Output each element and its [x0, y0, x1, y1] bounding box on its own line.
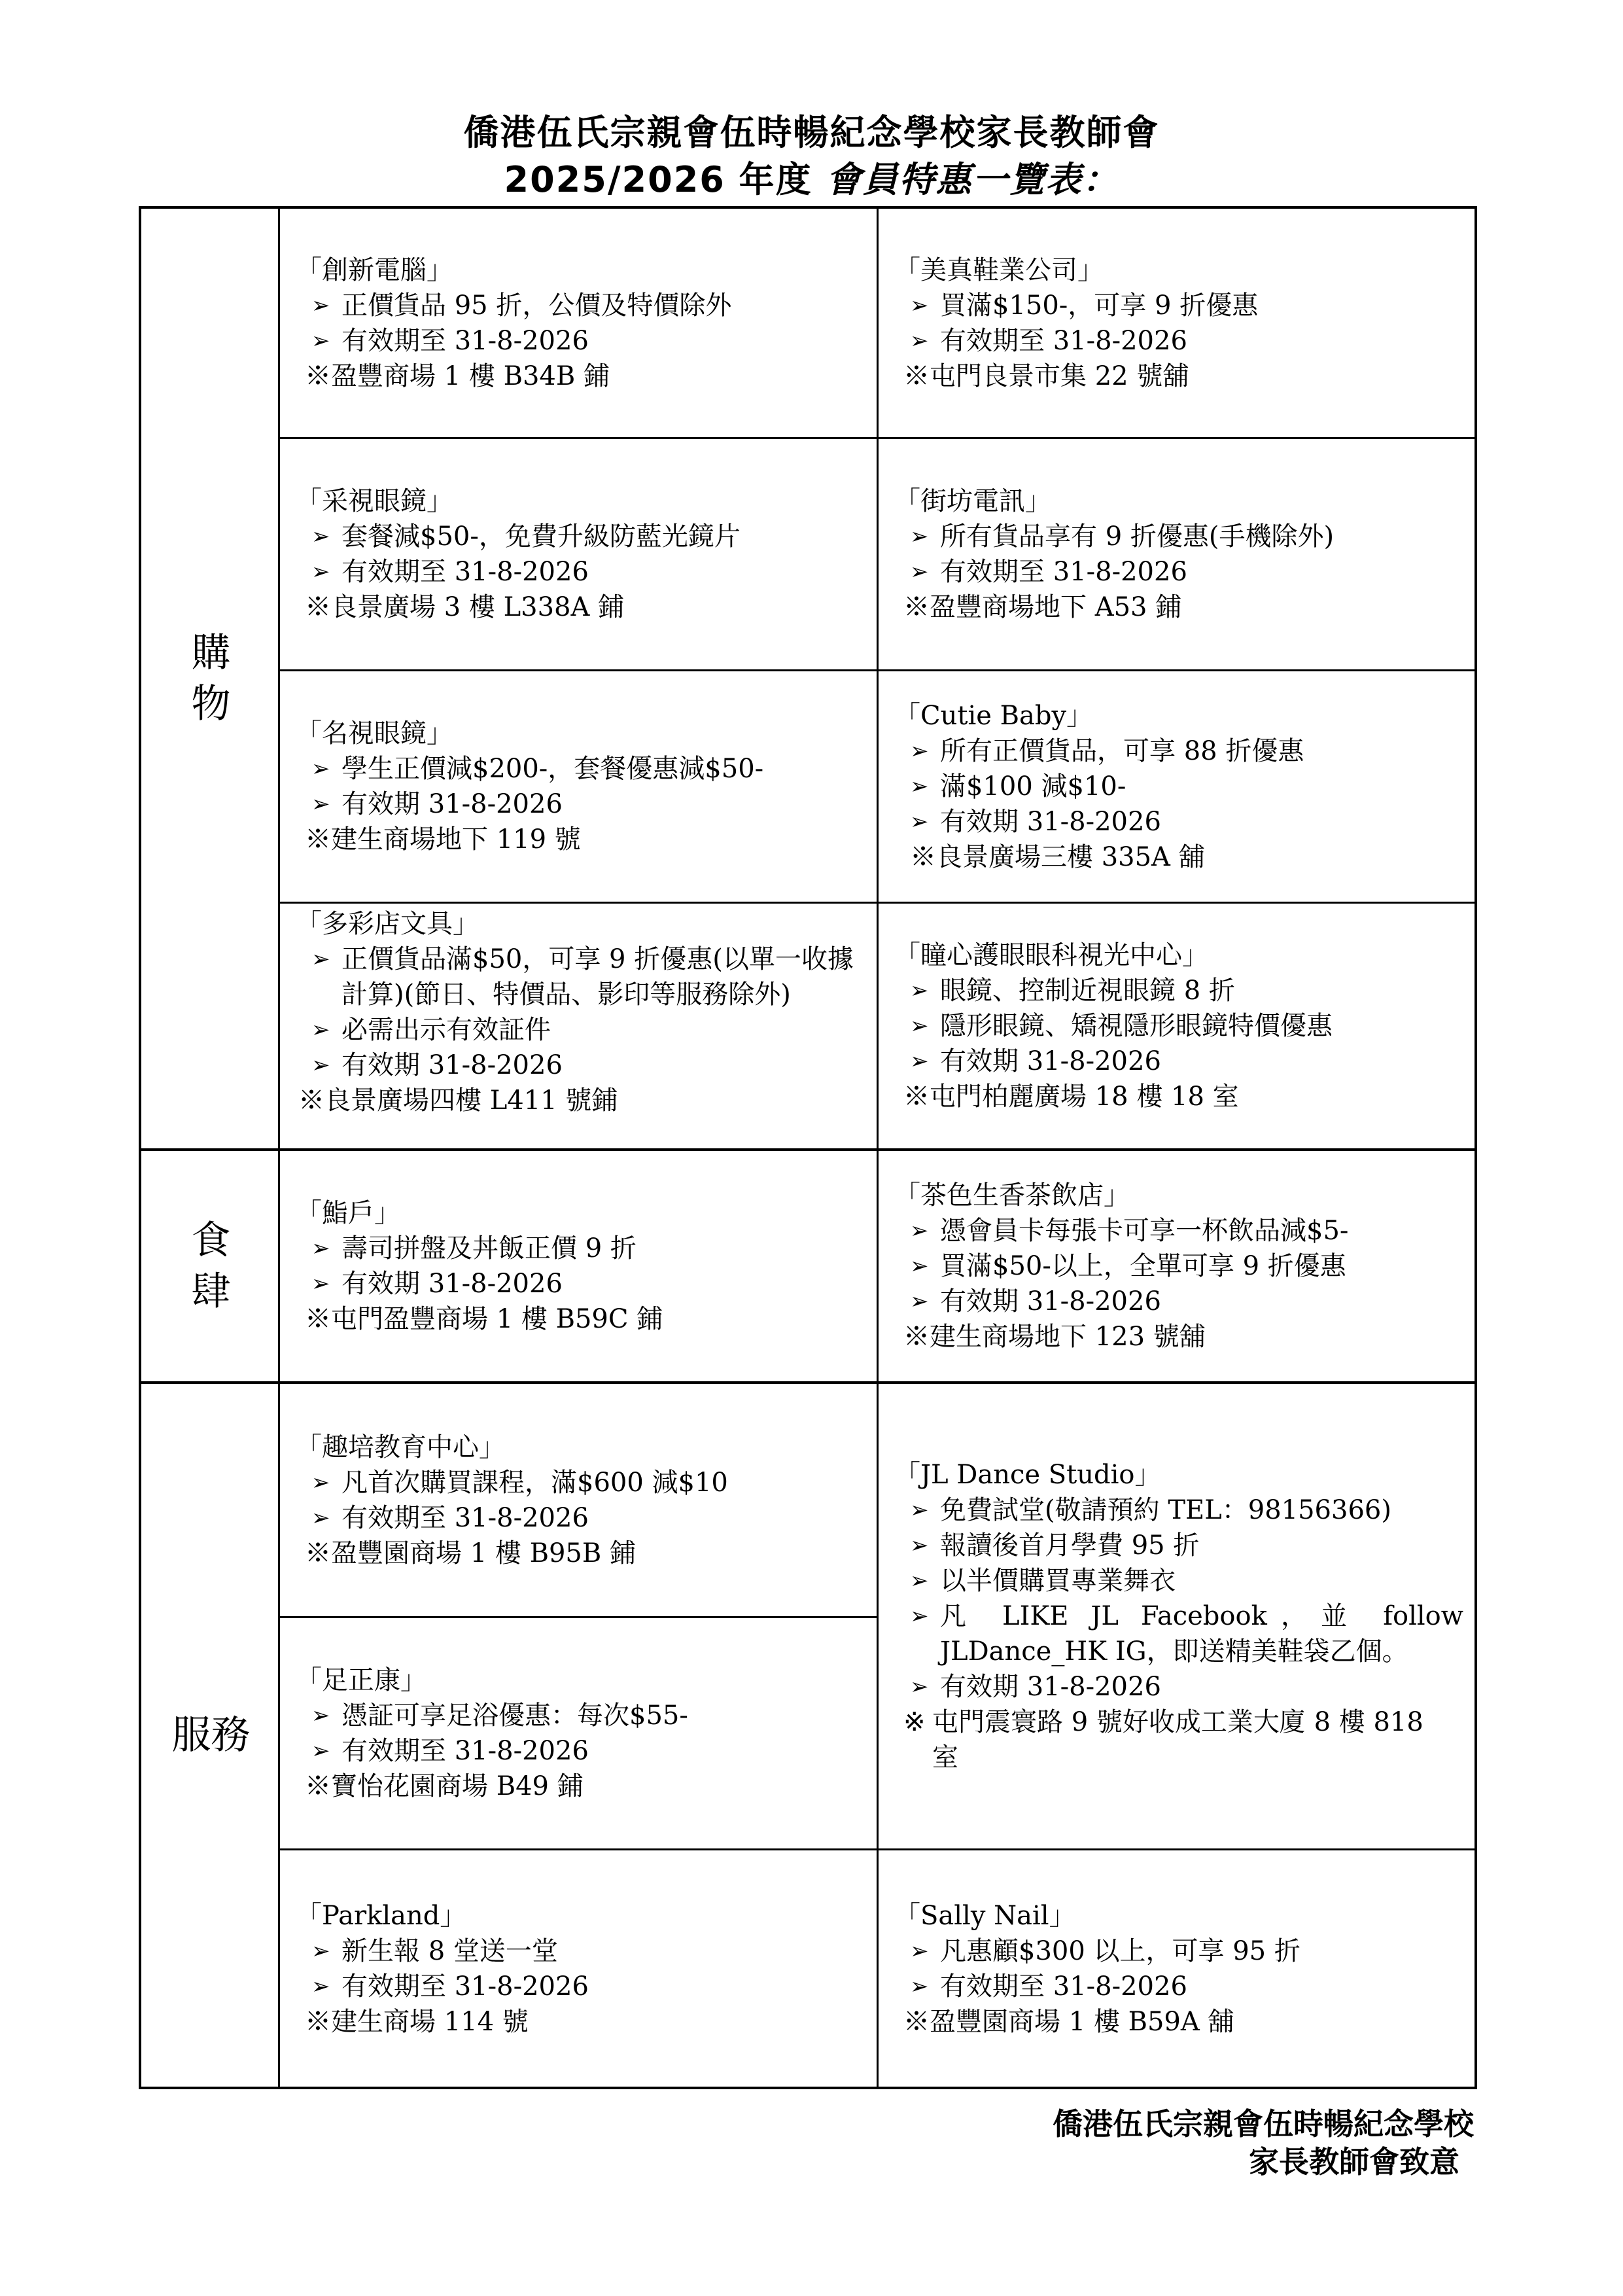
arrow-bullet-icon: ➢ — [302, 288, 341, 323]
arrow-bullet-icon: ➢ — [901, 1669, 940, 1704]
offer-detail: 新生報 8 堂送一堂 — [341, 1934, 558, 1969]
offer-validity: 有效期 31-8-2026 — [341, 786, 563, 822]
offer-detail: 買滿$50-以上，全單可享 9 折優惠 — [940, 1248, 1346, 1284]
arrow-bullet-icon: ➢ — [901, 1969, 940, 2004]
arrow-bullet-icon: ➢ — [302, 751, 341, 786]
arrow-bullet-icon: ➢ — [901, 973, 940, 1008]
offer-detail: 學生正價減$200-，套餐優惠減$50- — [341, 751, 763, 786]
offer-cell: 「Sally Nail」 ➢凡惠顧$300 以上，可享 95 折 ➢有效期至 3… — [879, 1850, 1477, 2087]
merchant-name: 「足正康」 — [296, 1663, 870, 1698]
offer-detail: 必需出示有效証件 — [341, 1012, 551, 1048]
merchant-location: 良景廣場三樓 335A 舖 — [936, 842, 1205, 872]
offer-cell: 「采視眼鏡」 ➢套餐減$50-，免費升級防藍光鏡片 ➢有效期至 31-8-202… — [280, 439, 877, 669]
offer-detail: 憑証可享足浴優惠：每次$55- — [341, 1698, 688, 1733]
offer-detail: 隱形眼鏡、矯視隱形眼鏡特價優惠 — [940, 1008, 1333, 1044]
offer-validity: 有效期至 31-8-2026 — [341, 323, 589, 359]
offer-validity: 有效期至 31-8-2026 — [940, 1969, 1187, 2004]
footer-school-name: 僑港伍氏宗親會伍時暢紀念學校 — [1053, 2100, 1474, 2144]
reference-mark-icon: ※ — [903, 592, 930, 622]
offer-validity: 有效期至 31-8-2026 — [341, 554, 589, 590]
arrow-bullet-icon: ➢ — [901, 1934, 940, 1969]
arrow-bullet-icon: ➢ — [302, 1012, 341, 1048]
merchant-name: 「Parkland」 — [296, 1898, 870, 1934]
reference-mark-icon: ※ — [910, 842, 936, 872]
arrow-bullet-icon: ➢ — [302, 554, 341, 590]
merchant-location: 屯門良景市集 22 號舖 — [930, 361, 1189, 391]
merchant-name: 「趣培教育中心」 — [296, 1430, 870, 1465]
offer-detail: 凡惠顧$300 以上，可享 95 折 — [940, 1934, 1300, 1969]
offer-detail: 買滿$150-，可享 9 折優惠 — [940, 288, 1258, 323]
category-food: 食肆 — [141, 1151, 281, 1381]
title-year: 2025/2026 年度 — [504, 159, 812, 200]
offer-cell: 「足正康」 ➢憑証可享足浴優惠：每次$55- ➢有效期至 31-8-2026 ※… — [280, 1618, 877, 1848]
merchant-location: 盈豐商場地下 A53 鋪 — [930, 592, 1181, 622]
reference-mark-icon: ※ — [305, 361, 331, 391]
offer-detail: 凡 LIKE JL Facebook，並 follow JLDance_HK I… — [940, 1598, 1463, 1669]
offer-validity: 有效期 31-8-2026 — [940, 1284, 1161, 1319]
merchant-name: 「瞳心護眼眼科視光中心」 — [894, 938, 1471, 973]
reference-mark-icon: ※ — [903, 1322, 930, 1352]
footer-regards: 家長教師會致意 — [1249, 2138, 1459, 2181]
offer-detail: 報讀後首月學費 95 折 — [940, 1528, 1199, 1563]
offer-cell: 「鮨戶」 ➢壽司拼盤及丼飯正價 9 折 ➢有效期 31-8-2026 ※屯門盈豐… — [280, 1151, 877, 1381]
offer-validity: 有效期 31-8-2026 — [341, 1048, 563, 1083]
arrow-bullet-icon: ➢ — [302, 1465, 341, 1500]
category-shopping: 購物 — [141, 209, 281, 1148]
offer-cell: 「多彩店文具」 ➢正價貨品滿$50，可享 9 折優惠(以單一收據計算)(節日、特… — [280, 904, 877, 1148]
arrow-bullet-icon: ➢ — [901, 554, 940, 590]
offer-cell: 「茶色生香茶飲店」 ➢憑會員卡每張卡可享一杯飲品減$5- ➢買滿$50-以上，全… — [879, 1151, 1477, 1381]
offer-cell: 「Parkland」 ➢新生報 8 堂送一堂 ➢有效期至 31-8-2026 ※… — [280, 1850, 877, 2087]
offer-cell: 「名視眼鏡」 ➢學生正價減$200-，套餐優惠減$50- ➢有效期 31-8-2… — [280, 671, 877, 902]
arrow-bullet-icon: ➢ — [901, 1284, 940, 1319]
arrow-bullet-icon: ➢ — [901, 1563, 940, 1598]
arrow-bullet-icon: ➢ — [901, 1008, 940, 1044]
reference-mark-icon: ※ — [903, 2007, 930, 2037]
arrow-bullet-icon: ➢ — [302, 1231, 341, 1266]
offer-detail: 套餐減$50-，免費升級防藍光鏡片 — [341, 519, 741, 554]
reference-mark-icon: ※ — [903, 361, 930, 391]
arrow-bullet-icon: ➢ — [302, 1500, 341, 1536]
arrow-bullet-icon: ➢ — [901, 769, 940, 804]
offer-detail: 滿$100 減$10- — [940, 769, 1126, 804]
offer-detail: 正價貨品 95 折，公價及特價除外 — [341, 288, 731, 323]
title-offers-list: 會員特惠一覽表： — [826, 159, 1119, 200]
reference-mark-icon: ※ — [305, 824, 331, 855]
offer-cell: 「創新電腦」 ➢正價貨品 95 折，公價及特價除外 ➢有效期至 31-8-202… — [280, 209, 877, 437]
arrow-bullet-icon: ➢ — [901, 1248, 940, 1284]
offer-validity: 有效期 31-8-2026 — [940, 1044, 1161, 1079]
arrow-bullet-icon: ➢ — [901, 1213, 940, 1248]
merchant-location: 盈豐園商場 1 樓 B95B 鋪 — [331, 1538, 636, 1568]
offer-detail: 所有正價貨品，可享 88 折優惠 — [940, 733, 1304, 769]
offer-validity: 有效期至 31-8-2026 — [341, 1500, 589, 1536]
merchant-location: 建生商場地下 119 號 — [331, 824, 581, 855]
merchant-name: 「JL Dance Studio」 — [894, 1457, 1471, 1492]
arrow-bullet-icon: ➢ — [302, 942, 341, 977]
merchant-name: 「美真鞋業公司」 — [894, 253, 1471, 288]
arrow-bullet-icon: ➢ — [302, 1698, 341, 1733]
offer-cell: 「街坊電訊」 ➢所有貨品享有 9 折優惠(手機除外) ➢有效期至 31-8-20… — [879, 439, 1477, 669]
offer-validity: 有效期至 31-8-2026 — [940, 554, 1187, 590]
reference-mark-icon: ※ — [305, 1771, 331, 1801]
offer-cell: 「JL Dance Studio」 ➢免費試堂(敬請預約 TEL：9815636… — [879, 1384, 1477, 1848]
merchant-name: 「多彩店文具」 — [296, 906, 870, 942]
arrow-bullet-icon: ➢ — [302, 1969, 341, 2004]
title-school-pta: 僑港伍氏宗親會伍時暢紀念學校家長教師會 — [0, 105, 1623, 155]
offer-validity: 有效期至 31-8-2026 — [341, 1969, 589, 2004]
merchant-name: 「Cutie Baby」 — [894, 698, 1471, 733]
merchant-name: 「名視眼鏡」 — [296, 716, 870, 751]
arrow-bullet-icon: ➢ — [901, 1492, 940, 1528]
arrow-bullet-icon: ➢ — [901, 1044, 940, 1079]
reference-mark-icon: ※ — [305, 1538, 331, 1568]
offer-validity: 有效期至 31-8-2026 — [341, 1733, 589, 1769]
reference-mark-icon: ※ — [305, 592, 331, 622]
arrow-bullet-icon: ➢ — [901, 1598, 940, 1634]
merchant-location: 建生商場地下 123 號舖 — [930, 1322, 1206, 1352]
arrow-bullet-icon: ➢ — [901, 804, 940, 839]
offer-detail: 以半價購買專業舞衣 — [940, 1563, 1176, 1598]
offer-detail: 免費試堂(敬請預約 TEL：98156366) — [940, 1492, 1391, 1528]
merchant-location: 屯門盈豐商場 1 樓 B59C 鋪 — [331, 1304, 663, 1334]
offer-cell: 「趣培教育中心」 ➢凡首次購買課程，滿$600 減$10 ➢有效期至 31-8-… — [280, 1384, 877, 1616]
merchant-location: 寶怡花園商場 B49 鋪 — [331, 1771, 584, 1801]
offer-cell: 「瞳心護眼眼科視光中心」 ➢眼鏡、控制近視眼鏡 8 折 ➢隱形眼鏡、矯視隱形眼鏡… — [879, 904, 1477, 1148]
reference-mark-icon: ※ — [305, 2007, 331, 2037]
merchant-location: 屯門柏麗廣場 18 樓 18 室 — [930, 1082, 1239, 1112]
offer-validity: 有效期至 31-8-2026 — [940, 323, 1187, 359]
reference-mark-icon: ※ — [305, 1304, 331, 1334]
offer-validity: 有效期 31-8-2026 — [341, 1266, 563, 1301]
arrow-bullet-icon: ➢ — [302, 1048, 341, 1083]
arrow-bullet-icon: ➢ — [302, 1733, 341, 1769]
offer-cell: 「美真鞋業公司」 ➢買滿$150-，可享 9 折優惠 ➢有效期至 31-8-20… — [879, 209, 1477, 437]
offer-detail: 憑會員卡每張卡可享一杯飲品減$5- — [940, 1213, 1348, 1248]
offer-detail: 所有貨品享有 9 折優惠(手機除外) — [940, 519, 1334, 554]
merchant-name: 「街坊電訊」 — [894, 484, 1471, 519]
merchant-name: 「采視眼鏡」 — [296, 484, 870, 519]
offer-cell: 「Cutie Baby」 ➢所有正價貨品，可享 88 折優惠 ➢滿$100 減$… — [879, 671, 1477, 902]
merchant-name: 「鮨戶」 — [296, 1195, 870, 1231]
arrow-bullet-icon: ➢ — [901, 1528, 940, 1563]
arrow-bullet-icon: ➢ — [901, 733, 940, 769]
merchant-name: 「茶色生香茶飲店」 — [894, 1178, 1471, 1213]
title-member-offers: 2025/2026 年度 會員特惠一覽表： — [0, 152, 1623, 202]
merchant-location: 建生商場 114 號 — [331, 2007, 529, 2037]
offer-validity: 有效期 31-8-2026 — [940, 804, 1161, 839]
merchant-location: 屯門震寰路 9 號好收成工業大廈 8 樓 818 室 — [932, 1704, 1456, 1775]
offer-detail: 眼鏡、控制近視眼鏡 8 折 — [940, 973, 1235, 1008]
offer-detail: 正價貨品滿$50，可享 9 折優惠(以單一收據計算)(節日、特價品、影印等服務除… — [341, 942, 858, 1012]
merchant-name: 「Sally Nail」 — [894, 1898, 1471, 1934]
arrow-bullet-icon: ➢ — [302, 323, 341, 359]
offer-detail: 壽司拼盤及丼飯正價 9 折 — [341, 1231, 637, 1266]
arrow-bullet-icon: ➢ — [302, 786, 341, 822]
offer-validity: 有效期 31-8-2026 — [940, 1669, 1161, 1704]
merchant-location: 盈豐園商場 1 樓 B59A 舖 — [930, 2007, 1234, 2037]
reference-mark-icon: ※ — [298, 1086, 324, 1116]
arrow-bullet-icon: ➢ — [302, 1266, 341, 1301]
offers-table: 購物 食肆 服務 「創新電腦」 ➢正價貨品 95 折，公價及特價除外 ➢有效期至… — [139, 206, 1477, 2089]
category-services: 服務 — [141, 1384, 281, 2087]
merchant-location: 盈豐商場 1 樓 B34B 鋪 — [331, 361, 610, 391]
arrow-bullet-icon: ➢ — [302, 1934, 341, 1969]
reference-mark-icon: ※ — [903, 1704, 932, 1775]
reference-mark-icon: ※ — [903, 1082, 930, 1112]
merchant-location: 良景廣場 3 樓 L338A 鋪 — [331, 592, 624, 622]
arrow-bullet-icon: ➢ — [901, 519, 940, 554]
merchant-location: 良景廣場四樓 L411 號鋪 — [324, 1086, 618, 1116]
offer-detail: 凡首次購買課程，滿$600 減$10 — [341, 1465, 728, 1500]
arrow-bullet-icon: ➢ — [901, 323, 940, 359]
merchant-name: 「創新電腦」 — [296, 253, 870, 288]
arrow-bullet-icon: ➢ — [901, 288, 940, 323]
arrow-bullet-icon: ➢ — [302, 519, 341, 554]
